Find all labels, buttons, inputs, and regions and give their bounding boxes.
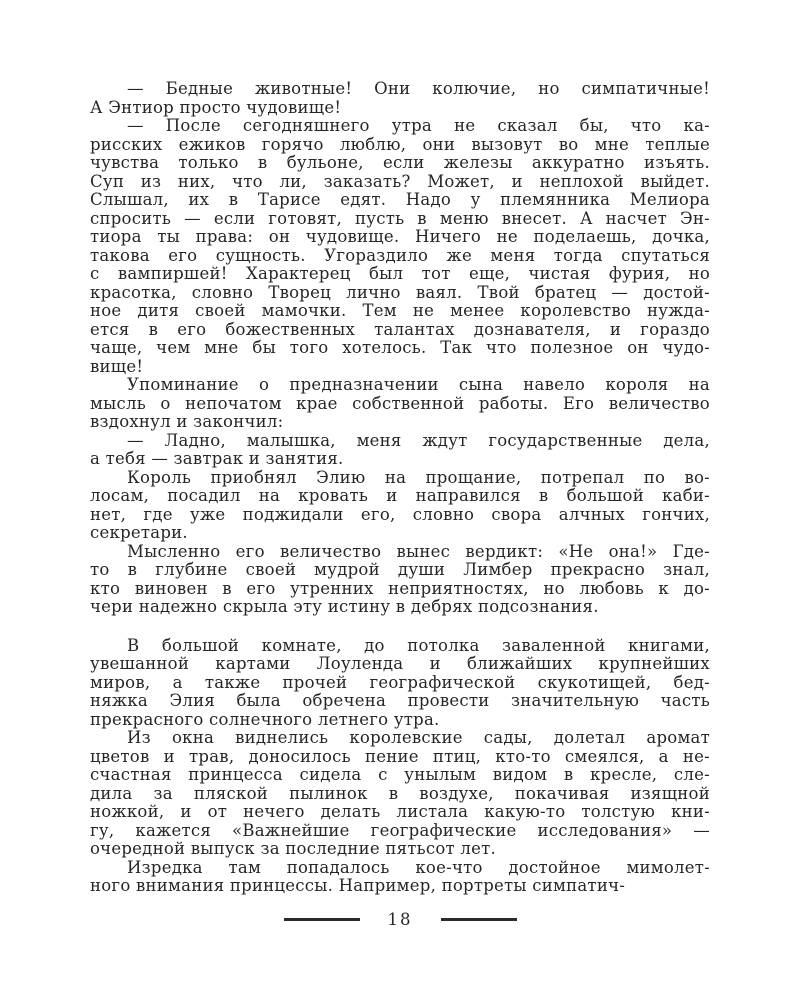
text-block: — Бедные животные! Они колючие, но симпа… (90, 80, 710, 896)
text-line: ется в его божественных талантах дознава… (90, 321, 710, 340)
text-line: вздохнул и закончил: (90, 413, 710, 432)
text-line: Король приобнял Элию на прощание, потреп… (90, 469, 710, 488)
text-line: миров, а также прочей географической ску… (90, 674, 710, 693)
footer-rule-right (441, 918, 517, 921)
paragraph: — Бедные животные! Они колючие, но симпа… (90, 80, 710, 117)
footer-rule-left (284, 918, 360, 921)
text-line: секретари. (90, 524, 710, 543)
text-line: Слышал, их в Тарисе едят. Надо у племянн… (90, 191, 710, 210)
text-line: прекрасного солнечного летнего утра. (90, 711, 710, 730)
paragraph: Мысленно его величество вынес вердикт: «… (90, 543, 710, 617)
text-line: нет, где уже поджидали его, словно свора… (90, 506, 710, 525)
text-line: — Ладно, малышка, меня ждут государствен… (90, 432, 710, 451)
text-line: дила за пляской пылинок в воздухе, покач… (90, 785, 710, 804)
text-line: В большой комнате, до потолка заваленной… (90, 637, 710, 656)
paragraph: В большой комнате, до потолка заваленной… (90, 637, 710, 730)
text-line: Суп из них, что ли, заказать? Может, и н… (90, 173, 710, 192)
text-line: мысль о непочатом крае собственной работ… (90, 395, 710, 414)
text-line: — Бедные животные! Они колючие, но симпа… (90, 80, 710, 99)
text-line: кто виновен в его утренних неприятностях… (90, 580, 710, 599)
text-line: Изредка там попадалось кое-что достойное… (90, 859, 710, 878)
text-line: рисских ежиков горячо люблю, они вызовут… (90, 136, 710, 155)
text-line: увешанной картами Лоуленда и ближайших к… (90, 655, 710, 674)
text-line: А Энтиор просто чудовище! (90, 99, 710, 118)
text-line: с вампиршей! Характерец был тот еще, чис… (90, 265, 710, 284)
text-line: гу, кажется «Важнейшие географические ис… (90, 822, 710, 841)
text-line: чувства только в бульоне, если железы ак… (90, 154, 710, 173)
text-line: красотка, словно Творец лично ваял. Твой… (90, 284, 710, 303)
text-line: Мысленно его величество вынес вердикт: «… (90, 543, 710, 562)
page-number: 18 (388, 910, 413, 929)
text-line: такова его сущность. Угораздило же меня … (90, 247, 710, 266)
text-line: тиора ты права: он чудовище. Ничего не п… (90, 228, 710, 247)
text-line: ножкой, и от нечего делать листала какую… (90, 803, 710, 822)
text-line: то в глубине своей мудрой души Лимбер пр… (90, 561, 710, 580)
page-footer: 18 (90, 910, 710, 929)
text-line: чаще, чем мне бы того хотелось. Так что … (90, 339, 710, 358)
book-page: — Бедные животные! Они колючие, но симпа… (0, 0, 800, 1000)
paragraph: Упоминание о предназначении сына навело … (90, 376, 710, 432)
text-line: очередной выпуск за последние пятьсот ле… (90, 840, 710, 859)
paragraph: Король приобнял Элию на прощание, потреп… (90, 469, 710, 543)
text-line: счастная принцесса сидела с унылым видом… (90, 766, 710, 785)
text-line: лосам, посадил на кровать и направился в… (90, 487, 710, 506)
paragraph: — После сегодняшнего утра не сказал бы, … (90, 117, 710, 376)
text-line: ного внимания принцессы. Например, портр… (90, 877, 710, 896)
text-line: чери надежно скрыла эту истину в дебрях … (90, 598, 710, 617)
text-line: Упоминание о предназначении сына навело … (90, 376, 710, 395)
text-line: — После сегодняшнего утра не сказал бы, … (90, 117, 710, 136)
text-line: вище! (90, 358, 710, 377)
paragraph: Из окна виднелись королевские сады, доле… (90, 729, 710, 859)
paragraph: Изредка там попадалось кое-что достойное… (90, 859, 710, 896)
text-line: ное дитя своей мамочки. Тем не менее кор… (90, 302, 710, 321)
text-line: а тебя — завтрак и занятия. (90, 450, 710, 469)
text-line: няжка Элия была обречена провести значит… (90, 692, 710, 711)
section-break (90, 617, 710, 637)
paragraph: — Ладно, малышка, меня ждут государствен… (90, 432, 710, 469)
text-line: Из окна виднелись королевские сады, доле… (90, 729, 710, 748)
text-line: спросить — если готовят, пусть в меню вн… (90, 210, 710, 229)
text-line: цветов и трав, доносилось пение птиц, кт… (90, 748, 710, 767)
